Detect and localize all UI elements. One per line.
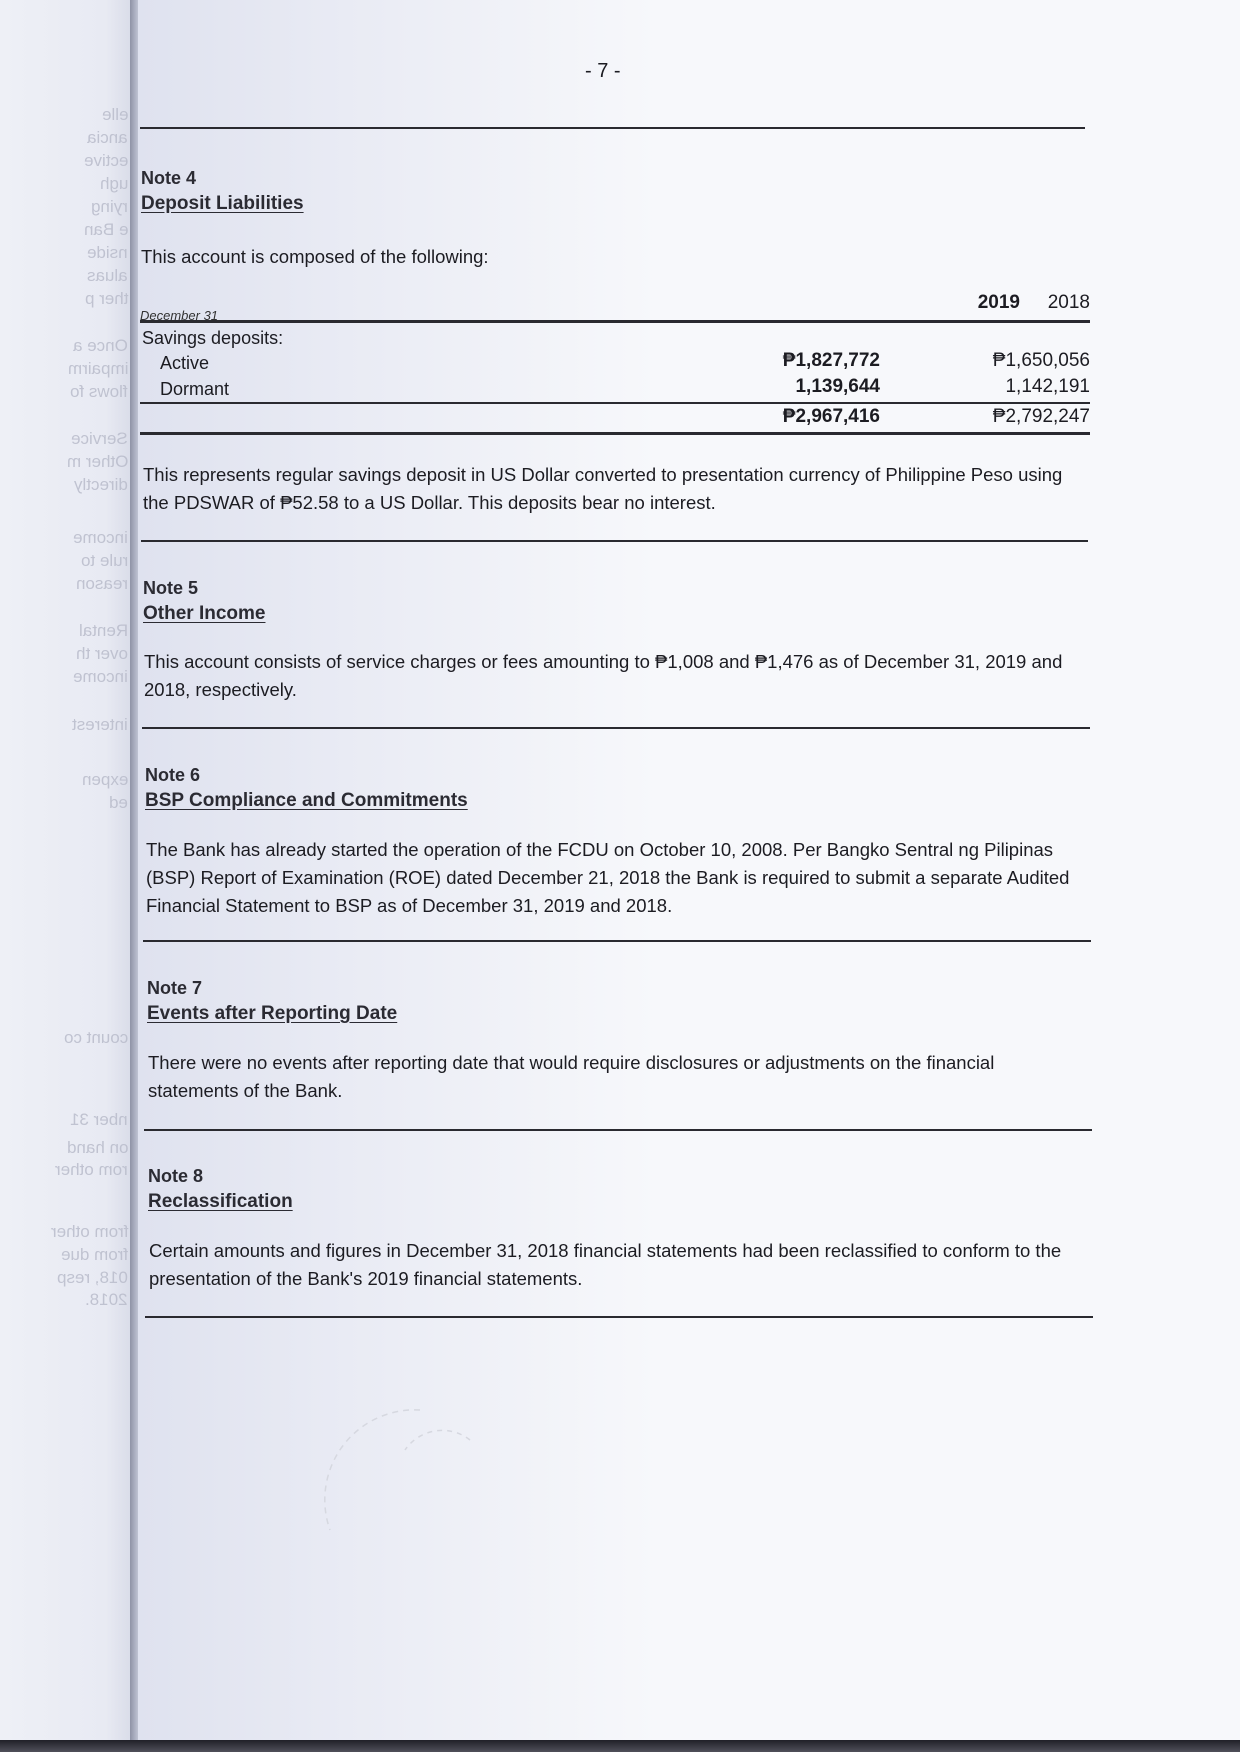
note-6-text: The Bank has already started the operati… [146, 836, 1096, 920]
note-8-divider [145, 1316, 1093, 1318]
page-number: - 7 - [585, 60, 621, 83]
active-2018: ₱1,650,056 [890, 350, 1090, 372]
note-6-divider [143, 940, 1091, 942]
note-4-number: Note 4 [141, 168, 196, 189]
note-4-text: This represents regular savings deposit … [143, 461, 1093, 517]
document-page: - 7 - Note 4 Deposit Liabilities This ac… [0, 0, 1240, 1752]
dormant-2018: 1,142,191 [890, 376, 1090, 398]
note-4-intro: This account is composed of the followin… [141, 243, 1091, 271]
total-rule [140, 432, 1090, 435]
note-7-number: Note 7 [147, 978, 202, 999]
column-2018: 2018 [930, 292, 1090, 314]
note-6-title: BSP Compliance and Commitments [145, 790, 468, 812]
total-2018: ₱2,792,247 [890, 406, 1090, 428]
header-rule [140, 127, 1085, 129]
row-label-dormant: Dormant [160, 379, 229, 400]
table-header-rule [140, 320, 1090, 323]
note-8-title: Reclassification [148, 1191, 293, 1213]
note-5-divider [142, 727, 1090, 729]
row-label-active: Active [160, 353, 209, 374]
section-savings-deposits: Savings deposits: [142, 328, 283, 349]
note-8-text: Certain amounts and figures in December … [149, 1237, 1089, 1293]
note-4-title: Deposit Liabilities [141, 193, 304, 215]
subtotal-rule [140, 402, 1090, 404]
note-5-text: This account consists of service charges… [144, 648, 1094, 704]
note-8-number: Note 8 [148, 1166, 203, 1187]
active-2019: ₱1,827,772 [680, 350, 880, 372]
note-7-text: There were no events after reporting dat… [148, 1049, 1028, 1105]
note-7-title: Events after Reporting Date [147, 1003, 397, 1025]
note-5-title: Other Income [143, 603, 265, 625]
total-2019: ₱2,967,416 [680, 406, 880, 428]
page-bottom-edge [0, 1740, 1240, 1752]
faint-stamp-mark [300, 1380, 520, 1580]
note-4-divider [141, 540, 1088, 542]
note-6-number: Note 6 [145, 765, 200, 786]
note-7-divider [144, 1129, 1092, 1131]
note-5-number: Note 5 [143, 578, 198, 599]
dormant-2019: 1,139,644 [680, 376, 880, 398]
